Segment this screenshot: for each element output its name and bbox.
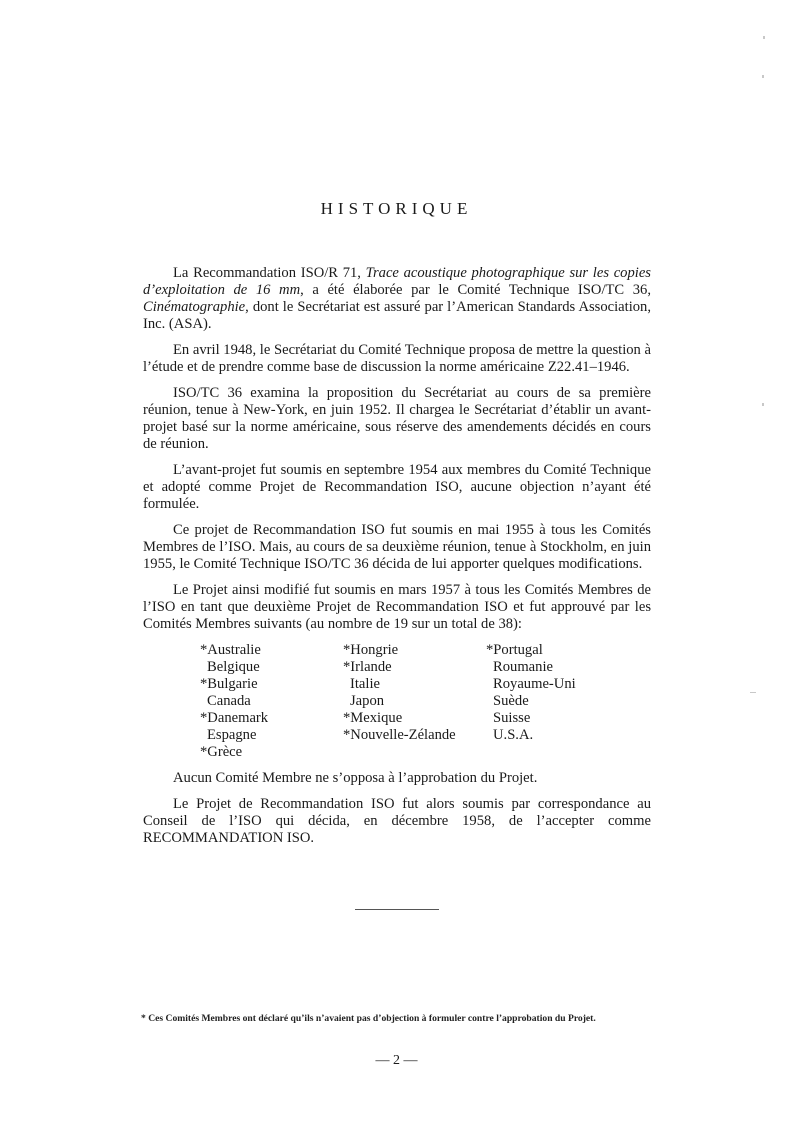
page-title: HISTORIQUE (0, 199, 793, 219)
section-divider (355, 909, 439, 910)
member-item: Roumanie (486, 659, 629, 676)
footnote: * Ces Comités Membres ont déclaré qu’ils… (141, 1013, 661, 1024)
member-item: *Grèce (200, 744, 343, 761)
member-item: *Australie (200, 642, 343, 659)
scan-speck (763, 36, 765, 39)
member-column-1: *Australie Belgique *Bulgarie Canada *Da… (200, 642, 343, 761)
member-item: Japon (343, 693, 486, 710)
member-item: *Hongrie (343, 642, 486, 659)
member-item: Espagne (200, 727, 343, 744)
paragraph-1957: Le Projet ainsi modifié fut soumis en ma… (143, 582, 651, 633)
member-item: Belgique (200, 659, 343, 676)
paragraph-1955: Ce projet de Recommandation ISO fut soum… (143, 522, 651, 573)
paragraph-intro: La Recommandation ISO/R 71, Trace acoust… (143, 265, 651, 333)
paragraph-1948: En avril 1948, le Secrétariat du Comité … (143, 342, 651, 376)
member-column-3: *Portugal Roumanie Royaume-Uni Suède Sui… (486, 642, 629, 761)
document-body: La Recommandation ISO/R 71, Trace acoust… (143, 265, 651, 856)
paragraph-1954: L’avant-projet fut soumis en septembre 1… (143, 462, 651, 513)
member-item: *Irlande (343, 659, 486, 676)
scan-speck (762, 403, 764, 406)
member-column-2: *Hongrie *Irlande Italie Japon *Mexique … (343, 642, 486, 761)
member-item: *Bulgarie (200, 676, 343, 693)
committee-name-italic: Cinématographie (143, 299, 245, 315)
scan-speck (750, 692, 756, 693)
intro-text-a: La Recommandation ISO/R 71, (173, 265, 366, 281)
member-list: *Australie Belgique *Bulgarie Canada *Da… (200, 642, 651, 761)
member-item: *Mexique (343, 710, 486, 727)
page-number: — 2 — (0, 1053, 793, 1069)
paragraph-no-objection: Aucun Comité Membre ne s’opposa à l’appr… (143, 770, 651, 787)
member-item: Italie (343, 676, 486, 693)
member-item: Suisse (486, 710, 629, 727)
intro-text-b: , a été élaborée par le Comité Technique… (300, 282, 651, 298)
member-item: *Portugal (486, 642, 629, 659)
paragraph-1958: Le Projet de Recommandation ISO fut alor… (143, 796, 651, 847)
member-item: Canada (200, 693, 343, 710)
paragraph-1952: ISO/TC 36 examina la proposition du Secr… (143, 385, 651, 453)
member-item: *Nouvelle-Zélande (343, 727, 486, 744)
member-item: U.S.A. (486, 727, 629, 744)
member-item: *Danemark (200, 710, 343, 727)
scan-speck (762, 75, 764, 78)
member-item: Suède (486, 693, 629, 710)
member-item: Royaume-Uni (486, 676, 629, 693)
